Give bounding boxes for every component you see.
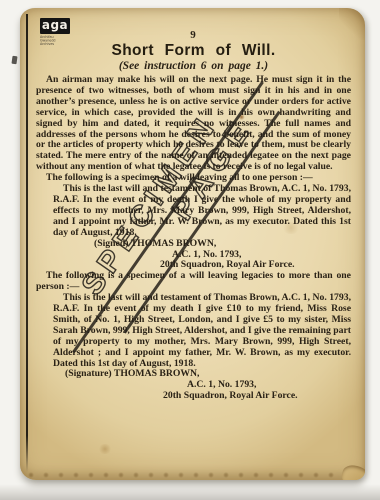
archive-stamp-text: Archifau Gwynedd Archives	[40, 36, 73, 46]
document-page: aga Archifau Gwynedd Archives 9 Short Fo…	[20, 8, 365, 480]
scanner-background-shadow	[0, 484, 380, 500]
specimen-will-two: This is the last will and testament of T…	[53, 293, 351, 369]
signed-block-one: (Signed) THOMAS BROWN, A.C. 1, No. 1793,…	[36, 239, 351, 272]
signature-squadron-line: 20th Squadron, Royal Air Force.	[163, 391, 351, 402]
paper-stain	[98, 444, 112, 454]
signed-name-line: (Signed) THOMAS BROWN,	[94, 239, 351, 250]
archive-stamp: aga Archifau Gwynedd Archives	[40, 18, 80, 54]
archive-logo: aga	[40, 18, 70, 34]
scan-edge-mark	[11, 56, 17, 65]
page-subtitle: (See instruction 6 on page 1.)	[36, 60, 351, 72]
corner-crease	[339, 8, 365, 40]
page-number: 9	[36, 29, 351, 41]
specimen-will-one: This is the last will and testament of T…	[53, 184, 351, 239]
page-title: Short Form of Will.	[36, 43, 351, 59]
left-margin-rule	[26, 14, 28, 472]
archive-stamp-line: Archives	[40, 43, 73, 46]
torn-bottom-edge	[24, 472, 361, 478]
document-body: An airman may make his will on the next …	[36, 75, 351, 402]
specimen-two-lead: The following is a specimen of a will le…	[36, 271, 351, 293]
intro-paragraph: An airman may make his will on the next …	[36, 75, 351, 173]
signature-block-two: (Signature) THOMAS BROWN, A.C. 1, No. 17…	[36, 369, 351, 402]
bottom-corner-fold	[340, 463, 365, 480]
